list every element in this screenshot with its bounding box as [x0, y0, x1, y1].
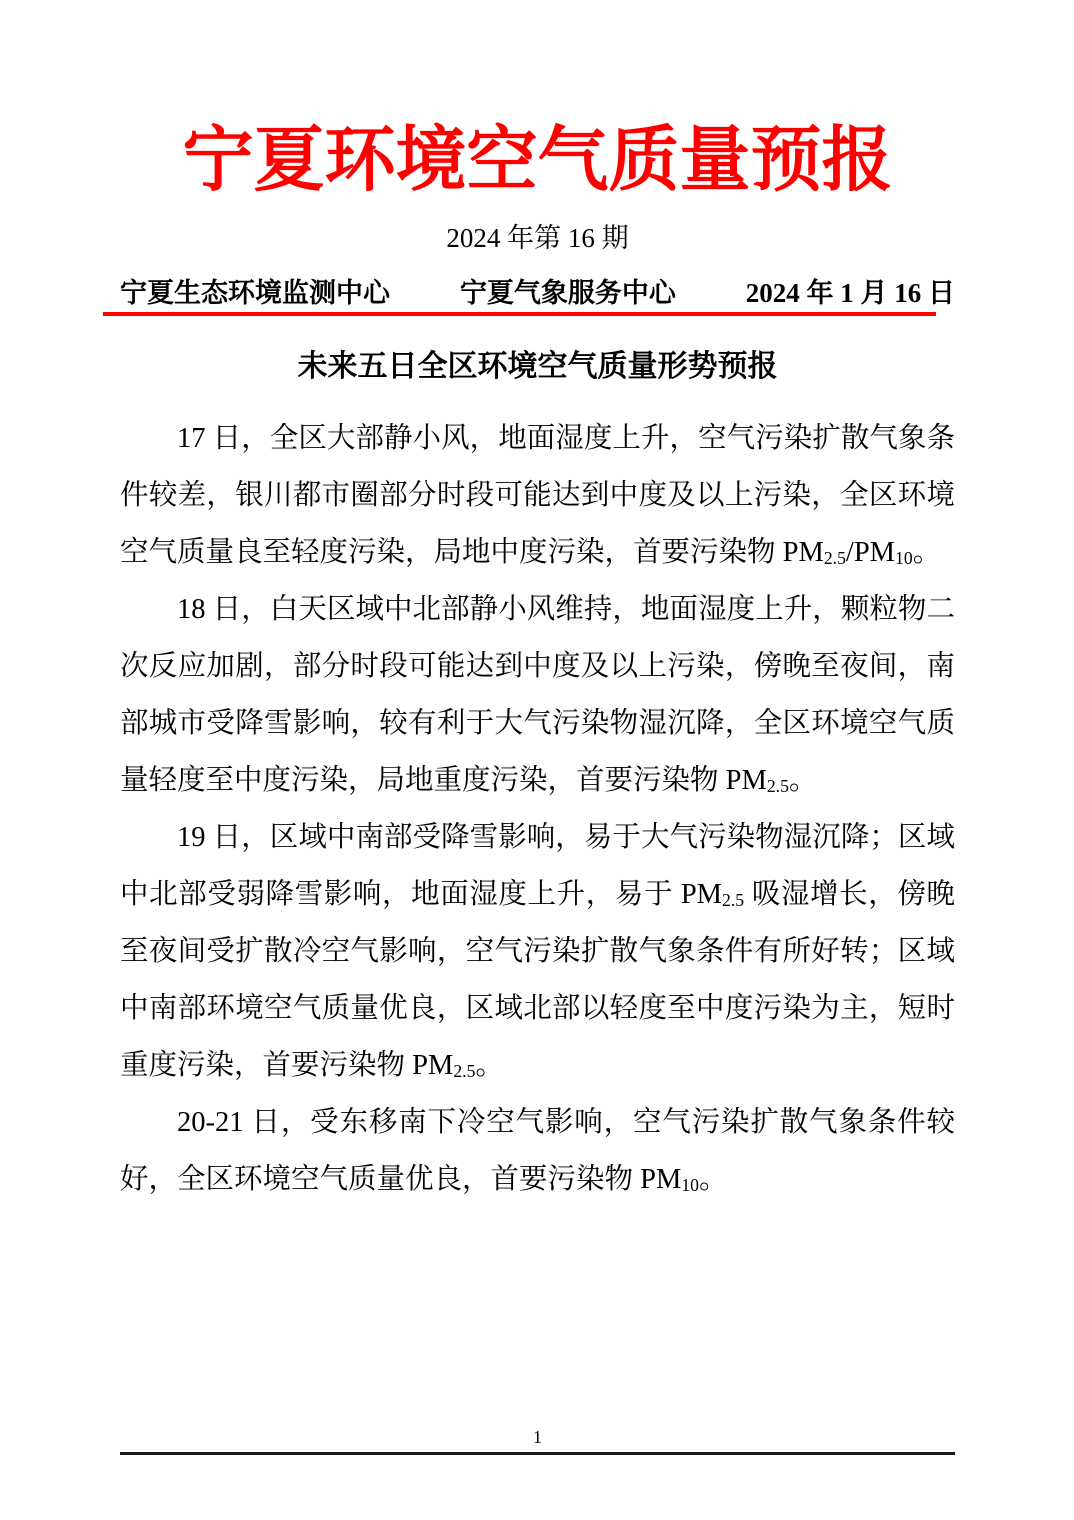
page-footer: 1 — [120, 1424, 955, 1455]
header-row: 宁夏生态环境监测中心 宁夏气象服务中心 2024 年 1 月 16 日 — [120, 278, 955, 309]
forecast-paragraph-day19: 19 日，区域中南部受降雪影响，易于大气污染物湿沉降；区域中北部受弱降雪影响，地… — [120, 809, 955, 1094]
issue-date: 2024 年 1 月 16 日 — [746, 278, 955, 309]
forecast-paragraph-day20-21: 20-21 日，受东移南下冷空气影响，空气污染扩散气象条件较好，全区环境空气质量… — [120, 1094, 955, 1208]
footer-rule — [120, 1452, 955, 1455]
forecast-body: 17 日，全区大部静小风，地面湿度上升，空气污染扩散气象条件较差，银川都市圈部分… — [120, 410, 955, 1208]
forecast-paragraph-day17: 17 日，全区大部静小风，地面湿度上升，空气污染扩散气象条件较差，银川都市圈部分… — [120, 410, 955, 581]
org-name-weather-center: 宁夏气象服务中心 — [460, 278, 676, 309]
page-number: 1 — [120, 1424, 955, 1450]
org-name-monitoring-center: 宁夏生态环境监测中心 — [120, 278, 390, 309]
document-page: 宁夏环境空气质量预报 2024 年第 16 期 宁夏生态环境监测中心 宁夏气象服… — [0, 0, 1074, 1520]
section-title: 未来五日全区环境空气质量形势预报 — [120, 349, 955, 384]
page-title: 宁夏环境空气质量预报 — [120, 0, 955, 204]
forecast-paragraph-day18: 18 日，白天区域中北部静小风维持，地面湿度上升，颗粒物二次反应加剧，部分时段可… — [120, 581, 955, 809]
red-rule-divider — [103, 312, 936, 316]
issue-number: 2024 年第 16 期 — [120, 222, 955, 254]
